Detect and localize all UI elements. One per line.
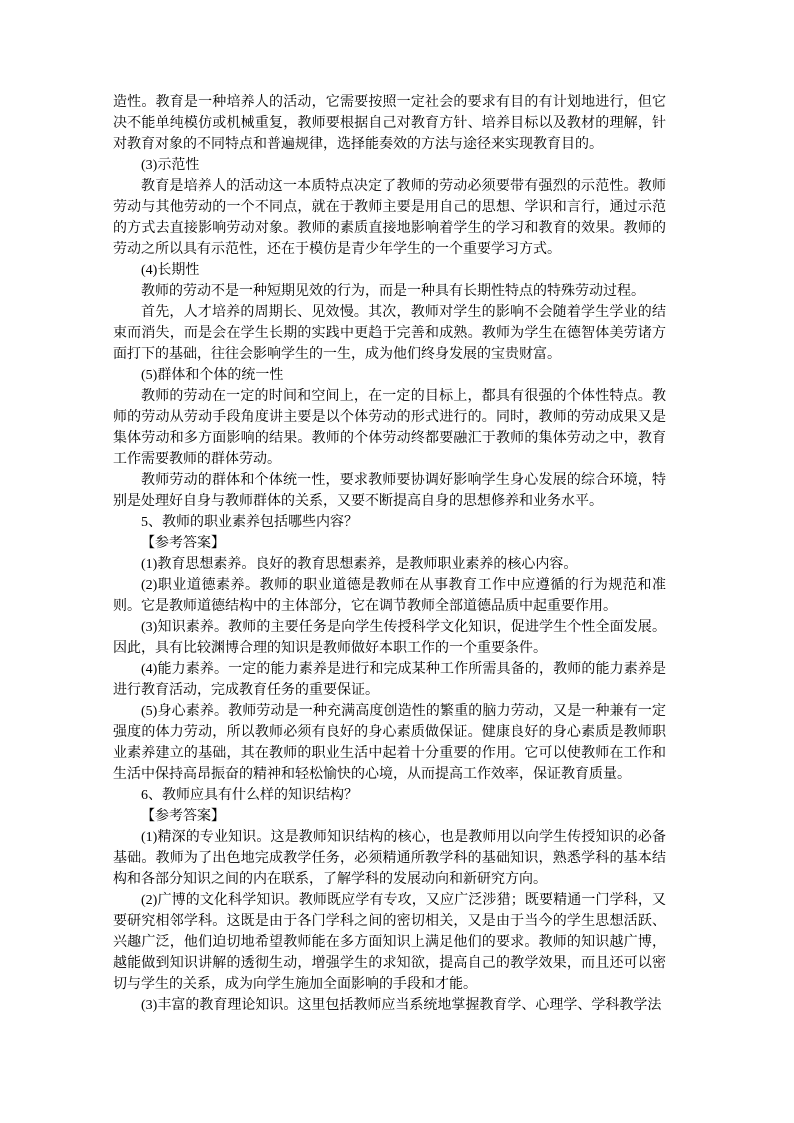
item-ability-quality: (4)能力素养。一定的能力素养是进行和完成某种工作所需具备的，教师的能力素养是进…	[113, 659, 666, 701]
item-knowledge-quality: (3)知识素养。教师的主要任务是向学生传授科学文化知识，促进学生个性全面发展。因…	[113, 617, 666, 659]
heading-group-individual-unity: (5)群体和个体的统一性	[113, 365, 666, 386]
question-5: 5、教师的职业素养包括哪些内容？	[113, 512, 666, 533]
paragraph-group-individual: 教师的劳动在一定的时间和空间上，在一定的目标上，都具有很强的个体性特点。教师的劳…	[113, 386, 666, 470]
document-page: 造性。教育是一种培养人的活动，它需要按照一定社会的要求有目的有计划地进行，但它决…	[0, 0, 794, 1123]
paragraph-creativity-continuation: 造性。教育是一种培养人的活动，它需要按照一定社会的要求有目的有计划地进行，但它决…	[113, 92, 666, 155]
item-ideological-quality: (1)教育思想素养。良好的教育思想素养，是教师职业素养的核心内容。	[113, 554, 666, 575]
answer-label-6: 【参考答案】	[113, 806, 666, 827]
item-education-theory-knowledge: (3)丰富的教育理论知识。这里包括教师应当系统地掌握教育学、心理学、学科教学法	[113, 995, 666, 1016]
heading-long-term: (4)长期性	[113, 260, 666, 281]
item-professional-knowledge: (1)精深的专业知识。这是教师知识结构的核心，也是教师用以向学生传授知识的必备基…	[113, 827, 666, 890]
heading-exemplariness: (3)示范性	[113, 155, 666, 176]
paragraph-group-individual-requirement: 教师劳动的群体和个体统一性，要求教师要协调好影响学生身心发展的综合环境，特别是处…	[113, 470, 666, 512]
item-cultural-scientific-knowledge: (2)广博的文化科学知识。教师既应学有专攻，又应广泛涉猎；既要精通一门学科，又要…	[113, 890, 666, 995]
paragraph-long-term: 教师的劳动不是一种短期见效的行为，而是一种具有长期性特点的特殊劳动过程。	[113, 281, 666, 302]
item-physical-mental-quality: (5)身心素养。教师劳动是一种充满高度创造性的繁重的脑力劳动，又是一种兼有一定强…	[113, 701, 666, 785]
item-professional-ethics: (2)职业道德素养。教师的职业道德是教师在从事教育工作中应遵循的行为规范和准则。…	[113, 575, 666, 617]
answer-label-5: 【参考答案】	[113, 533, 666, 554]
paragraph-long-term-detail: 首先，人才培养的周期长、见效慢。其次，教师对学生的影响不会随着学生学业的结束而消…	[113, 302, 666, 365]
question-6: 6、教师应具有什么样的知识结构？	[113, 785, 666, 806]
paragraph-exemplariness: 教育是培养人的活动这一本质特点决定了教师的劳动必须要带有强烈的示范性。教师劳动与…	[113, 176, 666, 260]
